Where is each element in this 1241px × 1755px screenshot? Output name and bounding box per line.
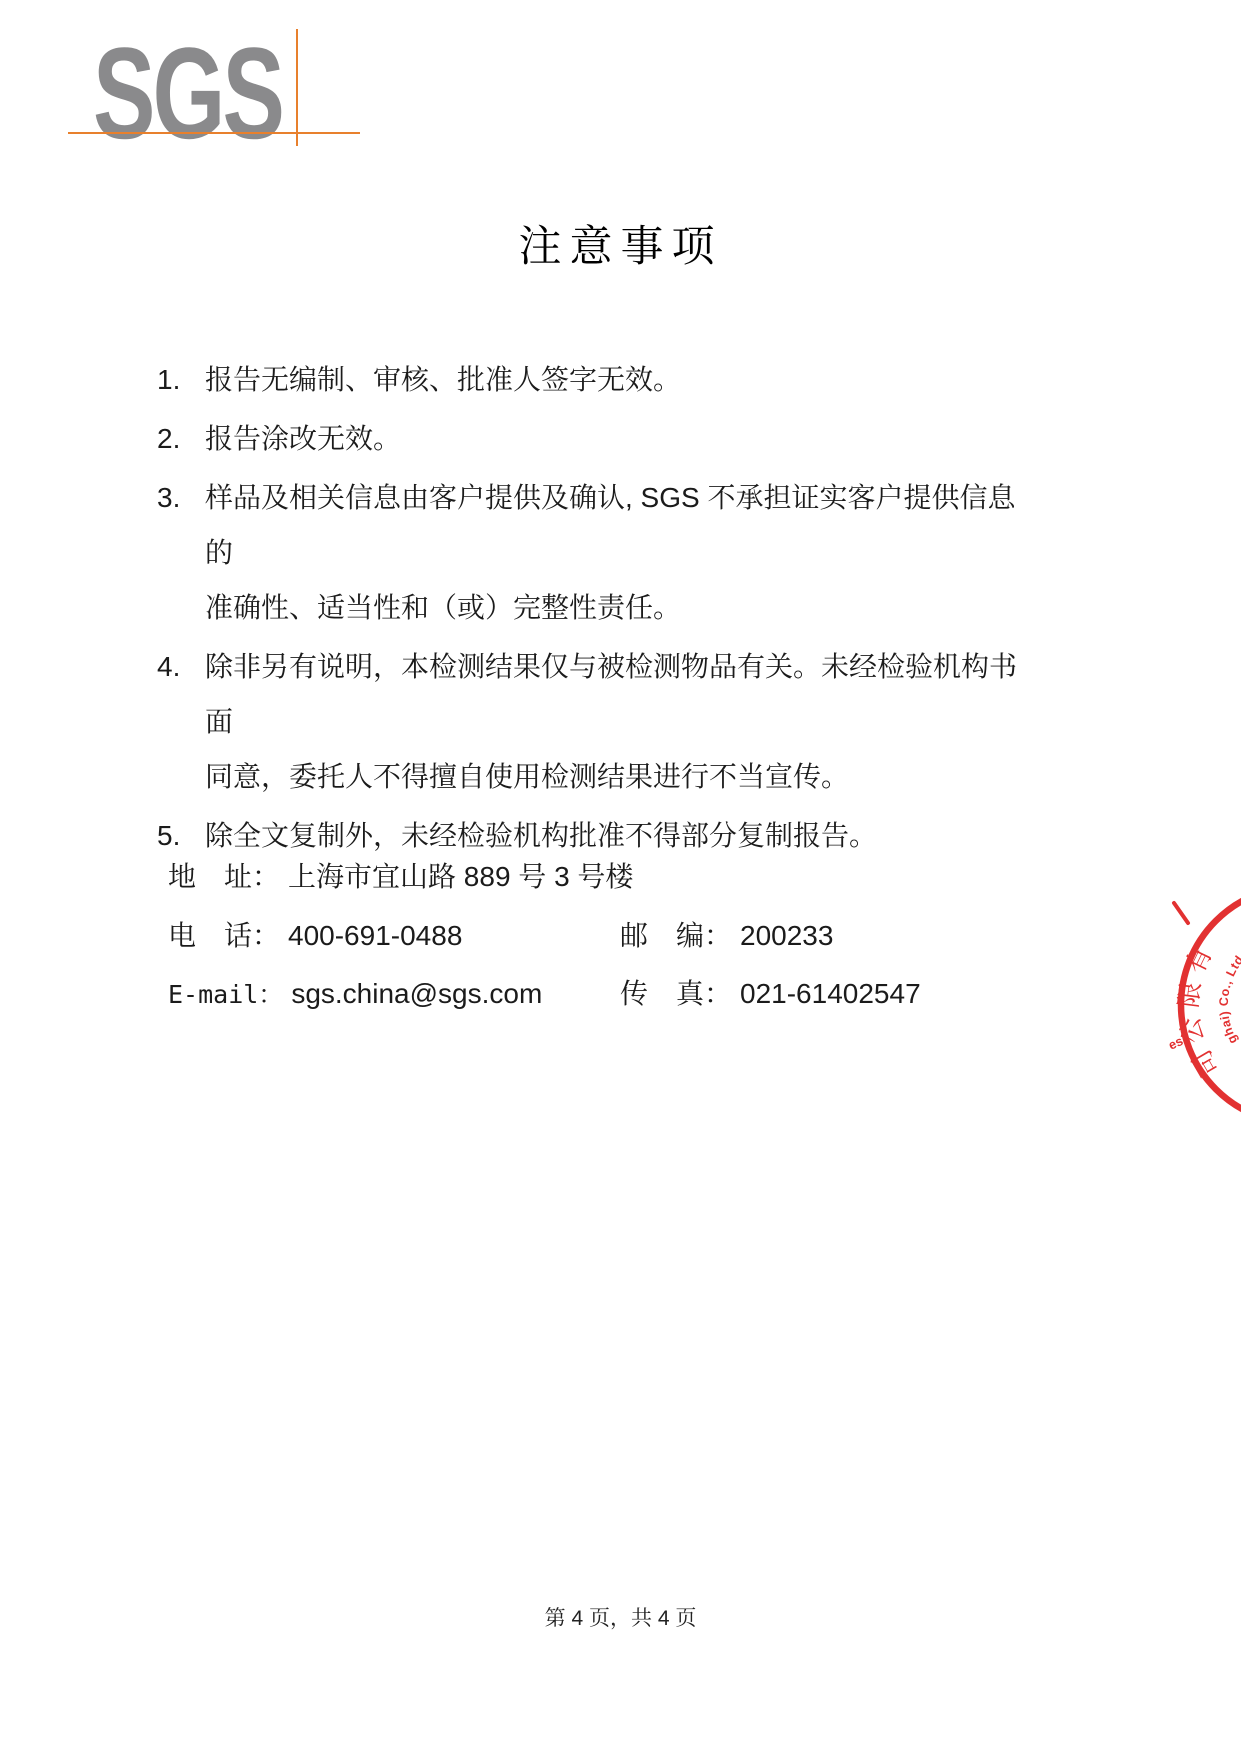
contact-email: E-mail：sgs.china@sgs.com [168,977,542,1012]
note-item: 5. 除全文复制外，未经检验机构批准不得部分复制报告。 [157,808,1017,863]
logo-vertical-line [296,29,298,146]
note-item: 1. 报告无编制、审核、批准人签字无效。 [157,352,1017,407]
company-stamp: 司公限有 ghai) Co., Ltd. es [1150,850,1241,1170]
stamp-english-arc-text: ghai) Co., Ltd. [1217,949,1241,1046]
note-line: 报告涂改无效。 [205,411,401,466]
stamp-partial-stroke [1174,903,1188,923]
address-label: 地 址： [168,861,280,892]
note-number: 2. [157,411,205,466]
svg-text:ghai) Co., Ltd.: ghai) Co., Ltd. [1217,949,1241,1046]
note-number: 1. [157,352,205,407]
fax-value: 021-61402547 [740,978,921,1009]
contact-phone: 电 话：400-691-0488 [168,919,462,953]
contact-postal: 邮 编：200233 [620,919,833,953]
note-number: 3. [157,470,205,635]
postal-value: 200233 [740,920,833,951]
note-item: 2. 报告涂改无效。 [157,411,1017,466]
notes-list: 1. 报告无编制、审核、批准人签字无效。 2. 报告涂改无效。 3. 样品及相关… [157,352,1017,867]
sgs-logo: SGS [93,28,282,158]
email-label: E-mail： [168,980,283,1009]
address-value: 上海市宜山路 889 号 3 号楼 [288,861,633,892]
note-item: 3. 样品及相关信息由客户提供及确认, SGS 不承担证实客户提供信息的 准确性… [157,470,1017,635]
note-line: 样品及相关信息由客户提供及确认, SGS 不承担证实客户提供信息的 [205,470,1017,580]
fax-label: 传 真： [620,978,732,1009]
note-number: 4. [157,639,205,804]
logo-underline [68,132,360,134]
phone-value: 400-691-0488 [288,920,462,951]
contact-address: 地 址：上海市宜山路 889 号 3 号楼 [168,860,633,894]
note-line: 除非另有说明，本检测结果仅与被检测物品有关。未经检验机构书面 [205,639,1017,749]
contact-fax: 传 真：021-61402547 [620,977,921,1011]
note-line: 除全文复制外，未经检验机构批准不得部分复制报告。 [205,808,877,863]
page-title: 注意事项 [0,213,1241,274]
postal-label: 邮 编： [620,920,732,951]
note-line: 准确性、适当性和（或）完整性责任。 [205,580,1017,635]
note-number: 5. [157,808,205,863]
email-value: sgs.china@sgs.com [291,978,542,1009]
note-line: 同意，委托人不得擅自使用检测结果进行不当宣传。 [205,749,1017,804]
phone-label: 电 话： [168,920,280,951]
footer-page-number: 第 4 页，共 4 页 [0,1602,1241,1632]
note-item: 4. 除非另有说明，本检测结果仅与被检测物品有关。未经检验机构书面 同意，委托人… [157,639,1017,804]
page-container: SGS 注意事项 1. 报告无编制、审核、批准人签字无效。 2. 报告涂改无效。… [0,0,1241,1755]
note-line: 报告无编制、审核、批准人签字无效。 [205,352,681,407]
